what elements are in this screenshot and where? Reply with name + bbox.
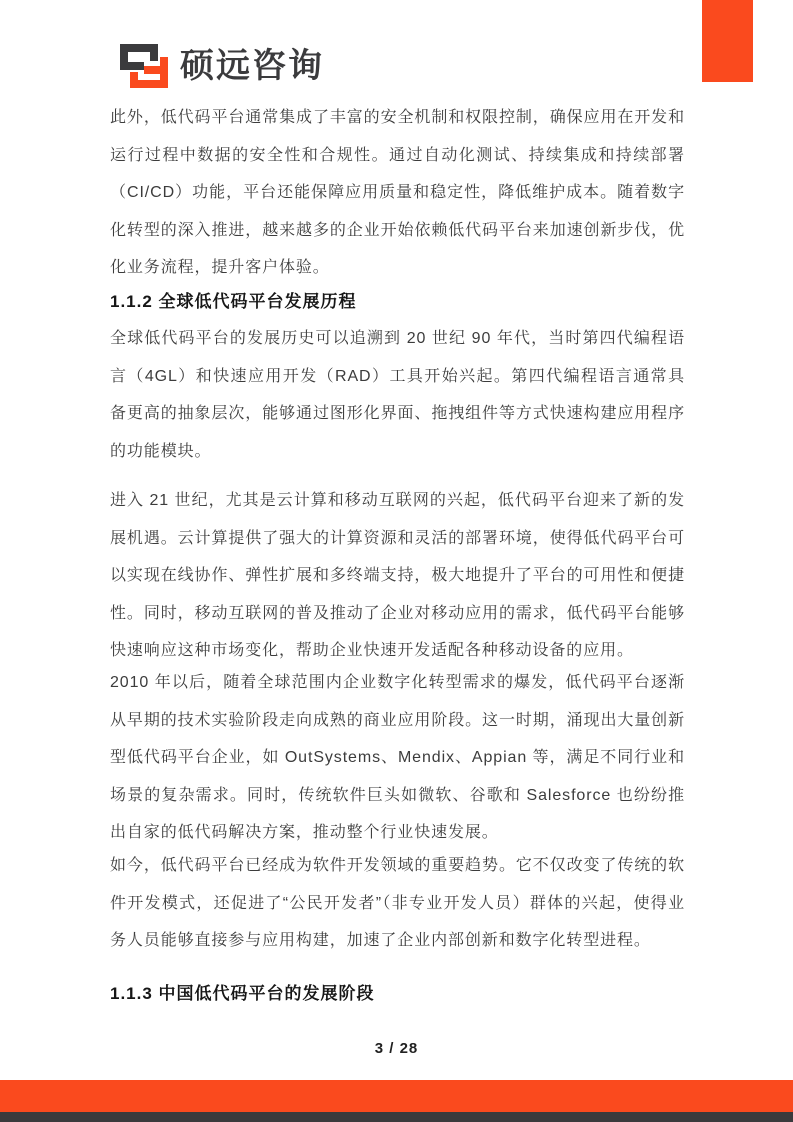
corner-accent-block — [702, 0, 753, 82]
paragraph-global-history: 全球低代码平台的发展历史可以追溯到 20 世纪 90 年代，当时第四代编程语言（… — [110, 320, 685, 470]
logo-orange-hook — [130, 57, 168, 88]
paragraph-2010-onwards: 2010 年以后，随着全球范围内企业数字化转型需求的爆发，低代码平台逐渐从早期的… — [110, 664, 685, 852]
page-number: 3 / 28 — [0, 1040, 793, 1057]
intro-paragraph: 此外，低代码平台通常集成了丰富的安全机制和权限控制，确保应用在开发和运行过程中数… — [110, 99, 685, 287]
paragraph-today-trend: 如今，低代码平台已经成为软件开发领域的重要趋势。它不仅改变了传统的软件开发模式，… — [110, 847, 685, 960]
paragraph-21st-century: 进入 21 世纪，尤其是云计算和移动互联网的兴起，低代码平台迎来了新的发展机遇。… — [110, 482, 685, 670]
section-heading-1-1-3: 1.1.3 中国低代码平台的发展阶段 — [110, 981, 685, 1007]
section-heading-1-1-2: 1.1.2 全球低代码平台发展历程 — [110, 289, 685, 315]
footer-accent-bar — [0, 1080, 793, 1112]
brand-header: 硕远咨询 — [118, 42, 324, 90]
footer-dark-bar — [0, 1112, 793, 1122]
document-page: 硕远咨询 此外，低代码平台通常集成了丰富的安全机制和权限控制，确保应用在开发和运… — [0, 0, 793, 1122]
brand-logo-icon — [118, 42, 170, 90]
brand-name: 硕远咨询 — [180, 42, 324, 90]
